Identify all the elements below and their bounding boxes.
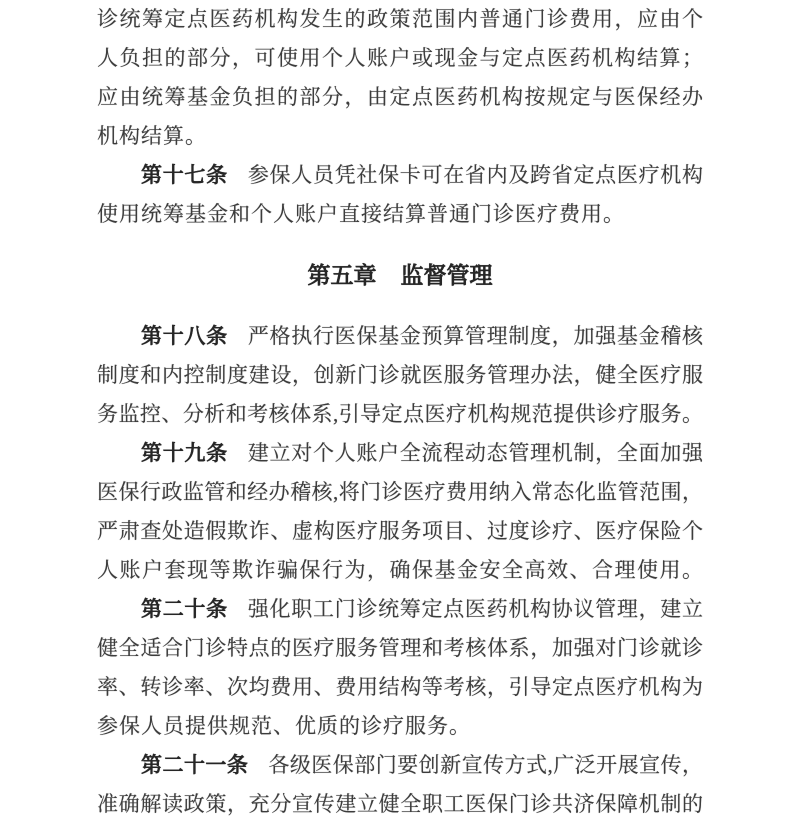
article-number: 第十七条 — [141, 164, 228, 187]
article-number: 第十八条 — [141, 325, 228, 348]
article-start-line: 第二十条强化职工门诊统筹定点医药机构协议管理，建立 — [97, 590, 703, 629]
text-line: 务监控、分析和考核体系,引导定点医疗机构规范提供诊疗服务。 — [97, 395, 703, 434]
chapter-title: 监督管理 — [401, 262, 493, 288]
text-line: 应由统筹基金负担的部分，由定点医药机构按规定与医保经办 — [97, 78, 703, 117]
article-number: 第十九条 — [141, 442, 228, 465]
text-line: 率、转诊率、次均费用、费用结构等考核，引导定点医疗机构为 — [97, 668, 703, 707]
text-line: 准确解读政策，充分宣传建立健全职工医保门诊共济保障机制的 — [97, 785, 703, 824]
line-text: 参保人员凭社保卡可在省内及跨省定点医疗机构 — [248, 163, 703, 187]
article-number: 第二十条 — [141, 598, 228, 621]
text-line: 医保行政监管和经办稽核,将门诊医疗费用纳入常态化监管范围， — [97, 473, 703, 512]
text-line: 严肃查处造假欺诈、虚构医疗服务项目、过度诊疗、医疗保险个 — [97, 512, 703, 551]
document-page: 诊统筹定点医药机构发生的政策范围内普通门诊费用，应由个 人负担的部分，可使用个人… — [0, 0, 787, 829]
article-start-line: 第十七条参保人员凭社保卡可在省内及跨省定点医疗机构 — [97, 156, 703, 195]
chapter-number: 第五章 — [308, 262, 377, 288]
text-line: 制度和内控制度建设，创新门诊就医服务管理办法，健全医疗服 — [97, 356, 703, 395]
line-text: 严格执行医保基金预算管理制度，加强基金稽核 — [248, 324, 703, 348]
article-start-line: 第十九条建立对个人账户全流程动态管理机制，全面加强 — [97, 434, 703, 473]
article-start-line: 第十八条严格执行医保基金预算管理制度，加强基金稽核 — [97, 317, 703, 356]
text-line: 诊统筹定点医药机构发生的政策范围内普通门诊费用，应由个 — [97, 0, 703, 39]
document-content: 诊统筹定点医药机构发生的政策范围内普通门诊费用，应由个 人负担的部分，可使用个人… — [97, 0, 703, 824]
chapter-heading: 第五章监督管理 — [97, 256, 703, 295]
text-line: 机构结算。 — [97, 117, 703, 156]
line-text: 建立对个人账户全流程动态管理机制，全面加强 — [248, 441, 703, 465]
line-text: 强化职工门诊统筹定点医药机构协议管理，建立 — [248, 597, 703, 621]
line-text: 各级医保部门要创新宣传方式,广泛开展宣传， — [268, 753, 703, 777]
text-line: 使用统筹基金和个人账户直接结算普通门诊医疗费用。 — [97, 195, 703, 234]
text-line: 人账户套现等欺诈骗保行为，确保基金安全高效、合理使用。 — [97, 551, 703, 590]
text-line: 健全适合门诊特点的医疗服务管理和考核体系，加强对门诊就诊 — [97, 629, 703, 668]
text-line: 参保人员提供规范、优质的诊疗服务。 — [97, 707, 703, 746]
text-line: 人负担的部分，可使用个人账户或现金与定点医药机构结算； — [97, 39, 703, 78]
article-number: 第二十一条 — [141, 754, 248, 777]
article-start-line: 第二十一条各级医保部门要创新宣传方式,广泛开展宣传， — [97, 746, 703, 785]
